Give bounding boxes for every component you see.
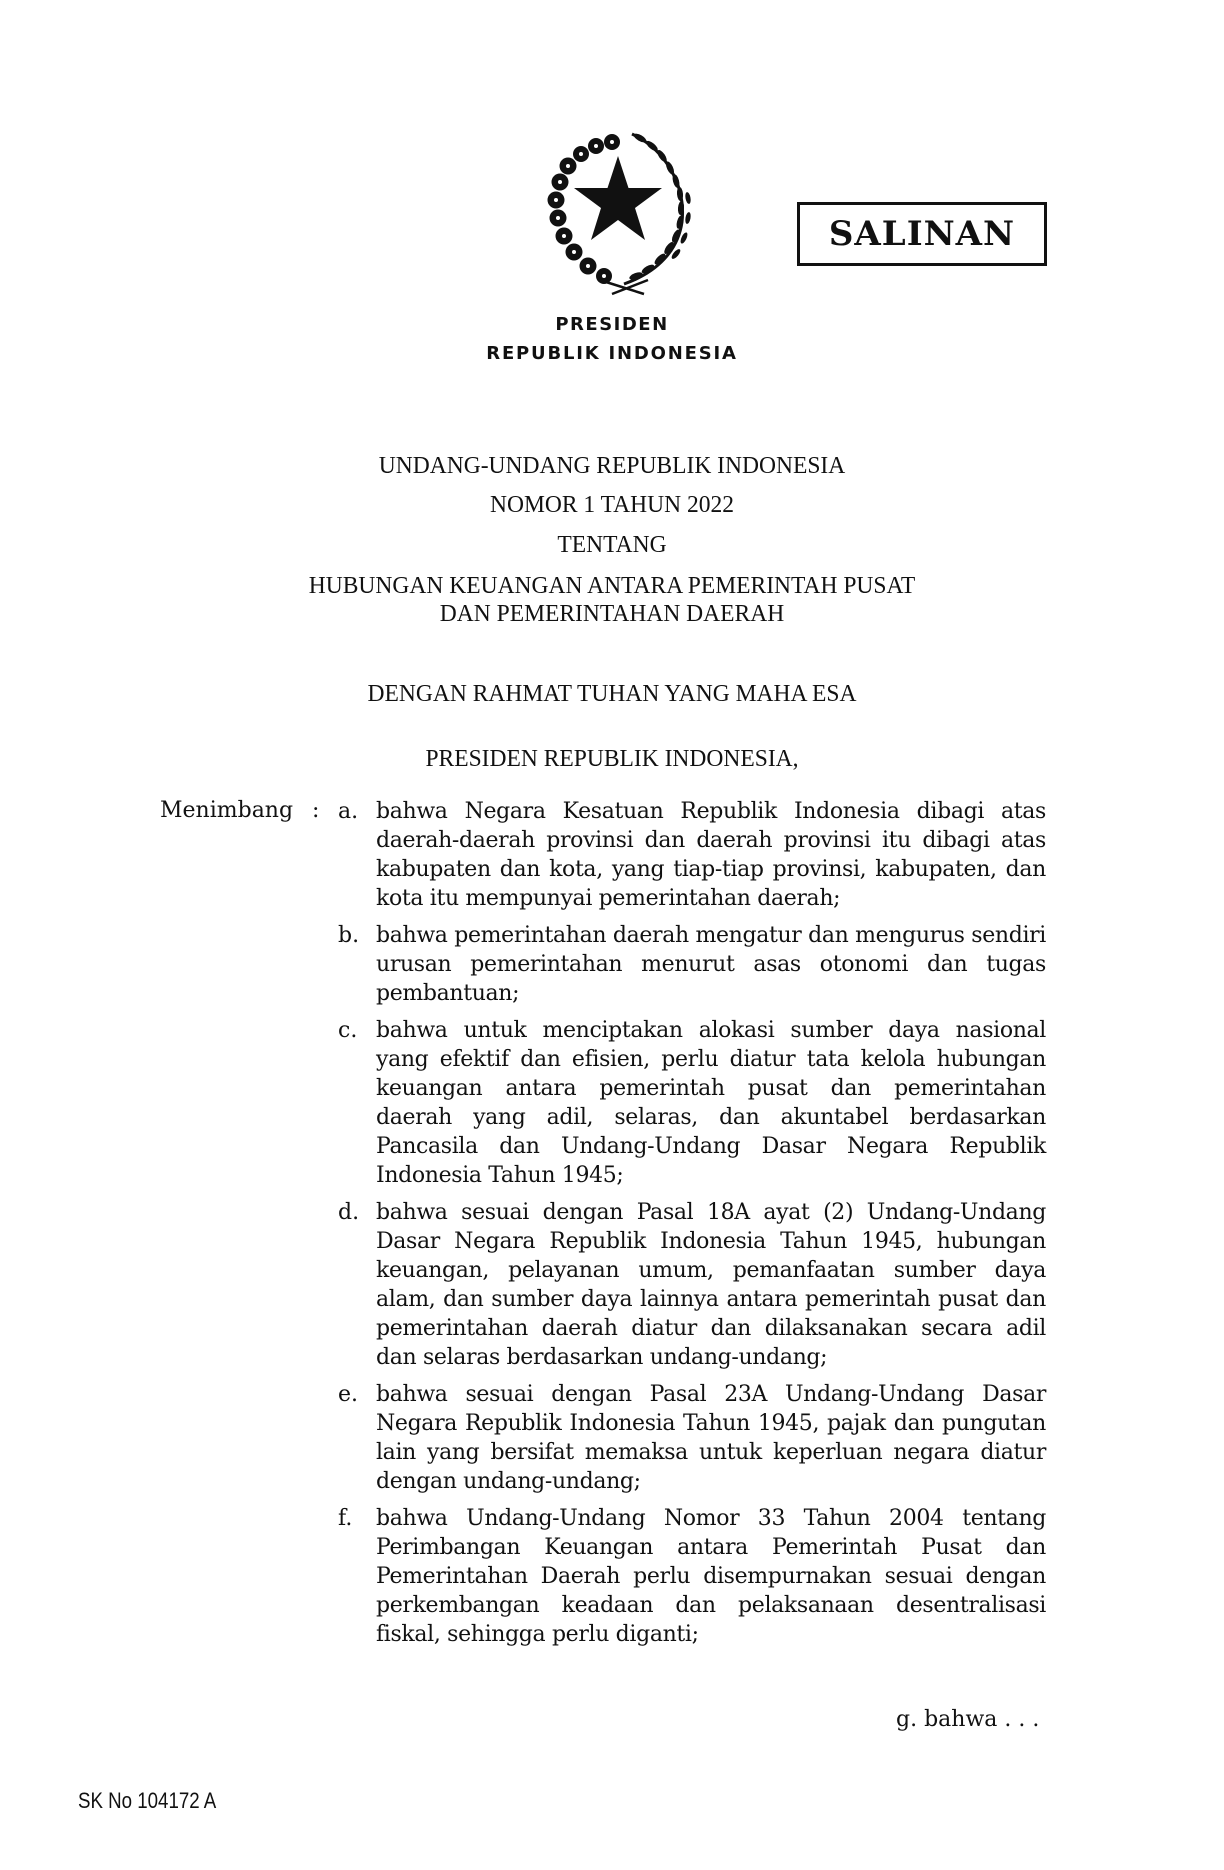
opening-invocation: DENGAN RAHMAT TUHAN YANG MAHA ESA — [12, 680, 1212, 708]
item-letter: f. — [338, 1504, 376, 1649]
item-text: bahwa Negara Kesatuan Republik Indonesia… — [376, 797, 1046, 913]
item-text: bahwa Undang-Undang Nomor 33 Tahun 2004 … — [376, 1504, 1046, 1649]
menimbang-colon: : — [312, 797, 319, 825]
item-letter: c. — [338, 1016, 376, 1190]
menimbang-label: Menimbang — [160, 797, 293, 825]
item-text: bahwa pemerintahan daerah mengatur dan m… — [376, 921, 1046, 1008]
tentang-label: TENTANG — [12, 531, 1212, 559]
opening-president: PRESIDEN REPUBLIK INDONESIA, — [12, 745, 1212, 773]
presidential-emblem-icon — [536, 126, 700, 298]
star-icon — [574, 156, 662, 240]
item-letter: b. — [338, 921, 376, 1008]
item-text: bahwa sesuai dengan Pasal 23A Undang-Und… — [376, 1380, 1046, 1496]
law-subject-title-line1: HUBUNGAN KEUANGAN ANTARA PEMERINTAH PUSA… — [12, 572, 1212, 600]
salinan-stamp: SALINAN — [797, 202, 1047, 266]
consideration-item-e: e. bahwa sesuai dengan Pasal 23A Undang-… — [338, 1380, 1046, 1496]
consideration-item-b: b. bahwa pemerintahan daerah mengatur da… — [338, 921, 1046, 1008]
consideration-item-c: c. bahwa untuk menciptakan alokasi sumbe… — [338, 1016, 1046, 1190]
considerations-list: a. bahwa Negara Kesatuan Republik Indone… — [338, 797, 1046, 1657]
item-text: bahwa sesuai dengan Pasal 18A ayat (2) U… — [376, 1198, 1046, 1372]
continuation-marker: g. bahwa . . . — [896, 1706, 1039, 1734]
item-letter: d. — [338, 1198, 376, 1372]
sk-number: SK No 104172 A — [78, 1789, 216, 1813]
item-text: bahwa untuk menciptakan alokasi sumber d… — [376, 1016, 1046, 1190]
law-subject-title-line2: DAN PEMERINTAHAN DAERAH — [12, 600, 1212, 628]
law-type-title: UNDANG-UNDANG REPUBLIK INDONESIA — [12, 452, 1212, 480]
header-presiden-label: PRESIDEN — [0, 314, 1224, 335]
item-letter: e. — [338, 1380, 376, 1496]
consideration-item-f: f. bahwa Undang-Undang Nomor 33 Tahun 20… — [338, 1504, 1046, 1649]
consideration-item-a: a. bahwa Negara Kesatuan Republik Indone… — [338, 797, 1046, 913]
item-letter: a. — [338, 797, 376, 913]
law-number-title: NOMOR 1 TAHUN 2022 — [12, 491, 1212, 519]
consideration-item-d: d. bahwa sesuai dengan Pasal 18A ayat (2… — [338, 1198, 1046, 1372]
header-republik-label: REPUBLIK INDONESIA — [0, 343, 1224, 364]
